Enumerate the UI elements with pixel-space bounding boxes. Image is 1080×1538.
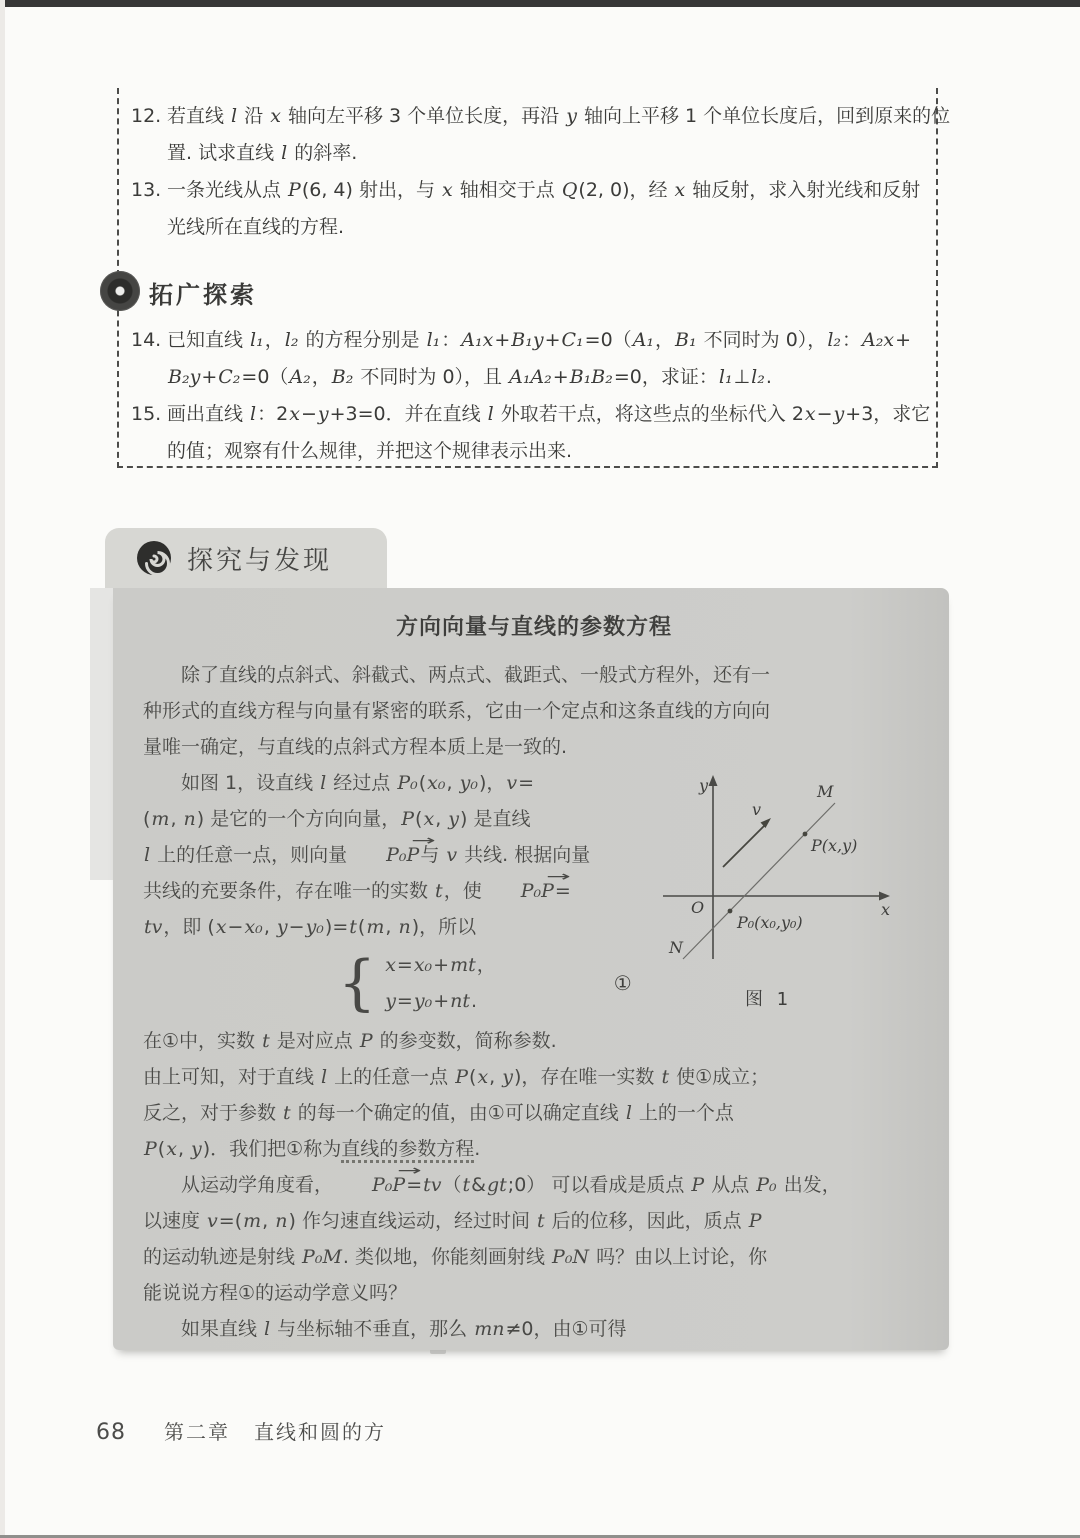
exercise-item-14: 14. 已知直线 l₁，l₂ 的方程分别是 l₁：A₁x+B₁y+C₁=0（A₁… xyxy=(131,322,936,396)
discover-panel: 方向向量与直线的参数方程 除了直线的点斜式、斜截式、两点式、截距式、一般式方程外… xyxy=(113,588,949,1350)
equation-brace: { xyxy=(338,955,376,1012)
y-axis-arrowhead xyxy=(709,775,718,786)
textbook-page: 12. 若直线 l 沿 x 轴向左平移 3 个单位长度，再沿 y 轴向上平移 1… xyxy=(0,0,1080,1538)
page-footer: 68 第二章 直线和圆的方程 xyxy=(96,1416,384,1445)
exercise-text: 已知直线 l₁，l₂ 的方程分别是 l₁：A₁x+B₁y+C₁=0（A₁，B₁ … xyxy=(167,322,936,396)
point-p0-label: P₀(x₀,y₀) xyxy=(736,913,803,932)
equation-line-2: y=y₀+nt. xyxy=(384,983,496,1019)
section-heading-extend-explore: 拓广探索 xyxy=(149,270,936,314)
panel-paragraph-1: 除了直线的点斜式、斜截式、两点式、截距式、一般式方程外，还有一种形式的直线方程与… xyxy=(143,657,925,765)
panel-paragraph-3: 在①中，实数 t 是对应点 P 的参变数，简称参数.由上可知，对于直线 l 上的… xyxy=(143,1023,925,1167)
panel-title: 方向向量与直线的参数方程 xyxy=(143,610,925,641)
exercise-text: 若直线 l 沿 x 轴向左平移 3 个单位长度，再沿 y 轴向上平移 1 个单位… xyxy=(167,98,950,172)
point-p-label: P(x,y) xyxy=(810,836,857,855)
equation-number-label: ① xyxy=(614,971,632,995)
point-p0-dot xyxy=(728,909,733,914)
equation-line-1: x=x₀+mt， xyxy=(384,947,496,983)
aperture-medallion-icon xyxy=(100,271,140,311)
parametric-equation: { x=x₀+mt， y=y₀+nt. ① xyxy=(338,947,647,1019)
exercise-text: 一条光线从点 P(6, 4) 射出，与 x 轴相交于点 Q(2, 0)，经 x … xyxy=(167,172,936,246)
page-number: 68 xyxy=(96,1420,126,1445)
equation-lines: x=x₀+mt， y=y₀+nt. xyxy=(384,947,496,1019)
scan-smudge xyxy=(90,588,113,880)
chapter-title: 直线和圆的方程 xyxy=(254,1416,384,1445)
tab-discover-and-explore: 探究与发现 xyxy=(105,528,387,588)
figure-caption: 图 1 xyxy=(745,989,792,1010)
exercise-item-15: 15. 画出直线 l：2x−y+3=0．并在直线 l 外取若干点，将这些点的坐标… xyxy=(131,396,936,470)
exercise-item-13: 13. 一条光线从点 P(6, 4) 射出，与 x 轴相交于点 Q(2, 0)，… xyxy=(131,172,936,246)
x-axis-label: x xyxy=(881,900,890,919)
panel-paragraph-5: 如果直线 l 与坐标轴不垂直，那么 mn≠0，由①可得 xyxy=(143,1311,925,1347)
scan-top-edge xyxy=(0,0,1080,7)
vector-v-label: v xyxy=(752,800,761,819)
vector-v-arrowhead xyxy=(761,818,772,828)
exercise-item-12: 12. 若直线 l 沿 x 轴向左平移 3 个单位长度，再沿 y 轴向上平移 1… xyxy=(131,98,936,172)
point-p-dot xyxy=(803,832,808,837)
chapter-label: 第二章 xyxy=(164,1416,230,1445)
origin-label: O xyxy=(691,898,704,917)
line-l xyxy=(683,803,835,959)
exercise-text: 画出直线 l：2x−y+3=0．并在直线 l 外取若干点，将这些点的坐标代入 2… xyxy=(167,396,936,470)
tab-label: 探究与发现 xyxy=(187,540,332,577)
point-m-label: M xyxy=(816,782,834,801)
exercise-number: 14. xyxy=(131,322,167,396)
exercise-number: 15. xyxy=(131,396,167,470)
panel-paragraph-4: 从运动学角度看，P₀P=tv（t&gt;0） 可以看成是质点 P 从点 P₀ 出… xyxy=(143,1167,925,1311)
exercise-dashed-box: 12. 若直线 l 沿 x 轴向左平移 3 个单位长度，再沿 y 轴向上平移 1… xyxy=(117,88,938,468)
section-heading-label: 拓广探索 xyxy=(149,275,257,310)
scan-left-edge xyxy=(0,0,5,1538)
vector-v-arrow xyxy=(723,823,767,867)
point-n-label: N xyxy=(668,938,684,957)
spiral-swirl-icon xyxy=(135,539,173,577)
figure-1: y x O v M P(x,y) P₀(x₀,y₀) N 图 1 xyxy=(653,767,925,1017)
exercise-number: 12. xyxy=(131,98,167,172)
y-axis-label: y xyxy=(698,776,709,795)
exercise-number: 13. xyxy=(131,172,167,246)
